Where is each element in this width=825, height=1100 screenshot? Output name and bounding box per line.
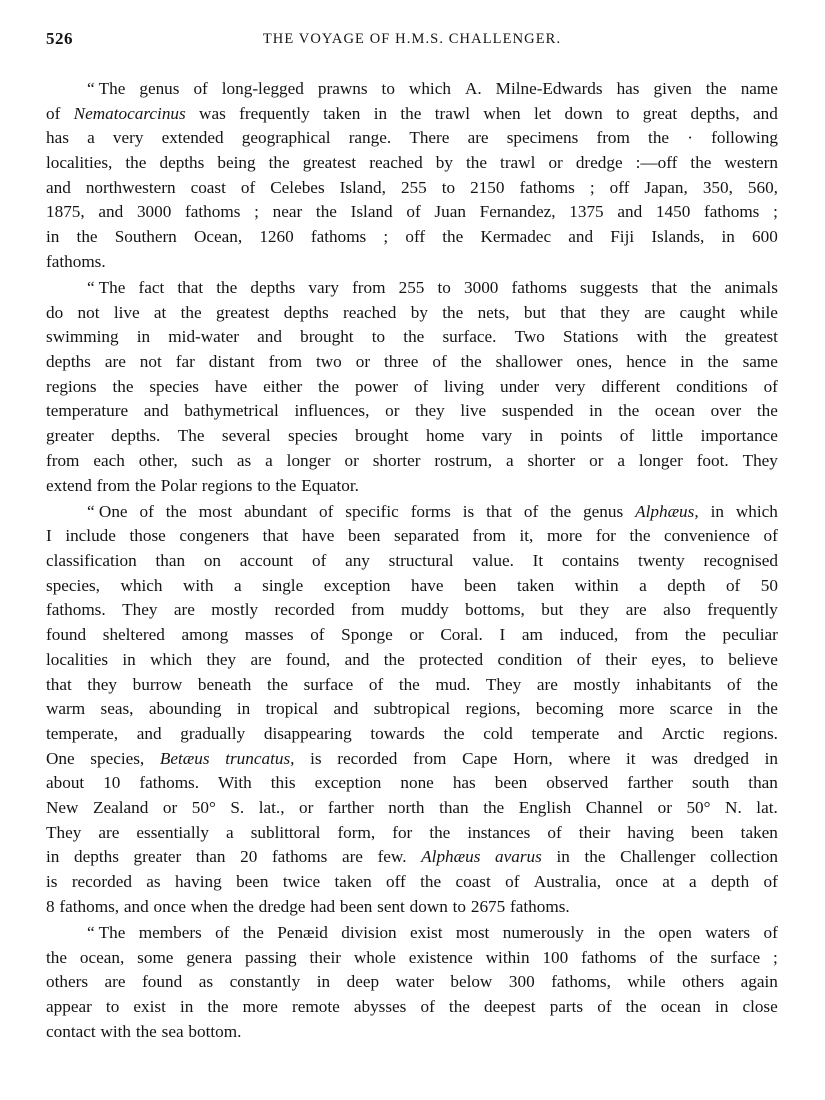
word: very [555, 375, 586, 400]
word: greater [134, 845, 182, 870]
word: within [486, 946, 530, 971]
word: they [600, 301, 630, 326]
word: in [721, 225, 734, 250]
word: Equator. [301, 474, 359, 499]
word: Japan, [644, 176, 687, 201]
word: Two [515, 325, 545, 350]
word: more [619, 697, 654, 722]
word: in [317, 970, 330, 995]
word: to [372, 325, 385, 350]
word: the [207, 995, 228, 1020]
word: three [384, 350, 418, 375]
word: the [757, 673, 778, 698]
word: of [764, 870, 778, 895]
word: of [369, 673, 383, 698]
word: the [403, 325, 424, 350]
word: is [463, 500, 474, 525]
word: N. [725, 796, 742, 821]
word: none [400, 771, 433, 796]
text-line: greaterdepths.Theseveralspeciesbroughtho… [46, 424, 778, 449]
word: exist [410, 921, 442, 946]
word: swimming [46, 325, 119, 350]
word: in [237, 697, 250, 722]
word: members [139, 921, 202, 946]
word: the [442, 301, 463, 326]
word: of [597, 995, 611, 1020]
word: the [46, 946, 67, 971]
word: are [174, 598, 195, 623]
word: bathymetrical [184, 399, 279, 424]
word: Coral. [440, 623, 482, 648]
text-line: andnorthwesterncoastofCelebesIsland,255t… [46, 176, 778, 201]
word: points [560, 424, 602, 449]
word: found [142, 970, 182, 995]
word: Ocean, [194, 225, 242, 250]
word: the [275, 474, 296, 499]
word: ocean [661, 995, 701, 1020]
word: the [429, 821, 450, 846]
word: scarce [670, 697, 713, 722]
word: With [218, 771, 252, 796]
word: of [764, 375, 778, 400]
word: among [181, 623, 228, 648]
word: believe [728, 648, 778, 673]
word: depths. [111, 424, 160, 449]
word: the [125, 151, 146, 176]
word: again [741, 970, 778, 995]
word: fact [138, 276, 164, 301]
word: a [234, 574, 242, 599]
word: extended [162, 126, 224, 151]
word: off [610, 176, 630, 201]
word: tropical [266, 697, 319, 722]
word: and [137, 722, 162, 747]
word: the [629, 524, 650, 549]
word: live [114, 301, 140, 326]
word: where [568, 747, 610, 772]
word: dredge [259, 895, 306, 920]
word: at [662, 870, 674, 895]
word: do [46, 301, 63, 326]
word: Cape [462, 747, 497, 772]
word: depths, [691, 102, 740, 127]
word: trawl [435, 102, 470, 127]
word: water [396, 970, 434, 995]
word: temperature [46, 399, 128, 424]
word: under [500, 375, 539, 400]
word: in [589, 399, 602, 424]
word: depths [250, 276, 295, 301]
word: burrow [133, 673, 183, 698]
text-line: species,whichwithasingleexceptionhavebee… [46, 574, 778, 599]
text-line: regionsthespecieshaveeitherthepowerofliv… [46, 375, 778, 400]
word: south [692, 771, 729, 796]
word: of [620, 424, 634, 449]
word: are [250, 648, 271, 673]
word: power [355, 375, 398, 400]
word: hence [626, 350, 666, 375]
word: farther [328, 796, 374, 821]
word: that [651, 276, 677, 301]
word: while [627, 970, 665, 995]
word: existence [409, 946, 473, 971]
word: remote [292, 995, 340, 1020]
word: abundant [244, 500, 307, 525]
word: ; [773, 200, 778, 225]
text-line: localities,thedepthsbeingthegreatestreac… [46, 151, 778, 176]
word: of [505, 870, 519, 895]
word: suggests [580, 276, 638, 301]
word: little [652, 424, 684, 449]
paragraph: “ Thegenusoflong-leggedprawnstowhichA.Mi… [46, 77, 778, 275]
word: fathoms [272, 845, 327, 870]
word: Arctic [661, 722, 704, 747]
word: They [486, 673, 521, 698]
word: shallower [496, 350, 563, 375]
word: a [87, 126, 95, 151]
word: which [150, 648, 192, 673]
word: observed [546, 771, 608, 796]
word: 50° [192, 796, 216, 821]
word: of [649, 946, 663, 971]
word: fathoms [704, 200, 759, 225]
text-line: donotliveatthegreatestdepthsreachedbythe… [46, 301, 778, 326]
word: of [414, 375, 428, 400]
word: of [764, 524, 778, 549]
word: cold [483, 722, 513, 747]
word: influences, [294, 399, 369, 424]
word: been [236, 870, 268, 895]
word: they [580, 598, 610, 623]
word: or [548, 151, 562, 176]
word: is [46, 870, 57, 895]
word: sheltered [103, 623, 165, 648]
word: that [177, 276, 203, 301]
word: species, [90, 747, 144, 772]
word: such [192, 449, 224, 474]
word: the [135, 474, 156, 499]
word: the [136, 1020, 157, 1045]
word: the [618, 399, 639, 424]
word: I [46, 524, 52, 549]
word: conditions [676, 375, 748, 400]
word: 20 [240, 845, 257, 870]
word: value. [472, 549, 514, 574]
word: rostrum, [434, 449, 492, 474]
word: the [449, 995, 470, 1020]
word: warm [46, 697, 85, 722]
word: fathoms. [139, 771, 199, 796]
word: from [97, 474, 130, 499]
word: of [420, 995, 434, 1020]
word: fathoms. [510, 895, 570, 920]
word: numerously [503, 921, 584, 946]
text-line: swimminginmid-waterandbroughttothesurfac… [46, 325, 778, 350]
text-line: classificationthanonaccountofanystructur… [46, 549, 778, 574]
word: to [616, 102, 629, 127]
word: they [87, 673, 117, 698]
word: 2150 [470, 176, 504, 201]
word: geographical [242, 126, 331, 151]
word: 50 [761, 574, 778, 599]
word: long-legged [222, 77, 304, 102]
word: the [420, 870, 441, 895]
word: from [46, 449, 79, 474]
word: A. [465, 77, 482, 102]
word: animals [724, 276, 777, 301]
word: being [217, 151, 255, 176]
text-line: contactwiththeseabottom. [46, 1020, 778, 1045]
word: more [547, 524, 582, 549]
text-line: warmseas,aboundingintropicalandsubtropic… [46, 697, 778, 722]
word: the [584, 845, 605, 870]
word: from [596, 126, 629, 151]
word: exist [133, 995, 165, 1020]
word: the [243, 921, 264, 946]
word: mud. [435, 673, 470, 698]
word: bottom. [188, 1020, 241, 1045]
word: They [122, 598, 157, 623]
word: classification [46, 549, 137, 574]
text-line: thattheyburrowbeneaththesurfaceofthemud.… [46, 673, 778, 698]
word: a [617, 449, 625, 474]
word: and [257, 325, 282, 350]
word: parts [550, 995, 583, 1020]
word: in [137, 325, 150, 350]
word: 8 [46, 895, 55, 920]
word: sea [162, 1020, 184, 1045]
word: same [743, 350, 778, 375]
word: either [263, 375, 302, 400]
word: in [711, 500, 724, 525]
word: Channel [586, 796, 643, 821]
word: Fiji [610, 225, 634, 250]
word: Island, [340, 176, 386, 201]
word: vary [482, 424, 513, 449]
word: longer [287, 449, 331, 474]
word: 100 [542, 946, 568, 971]
word: Zealand [93, 796, 148, 821]
italic-term: Betæus [160, 747, 210, 772]
word: vary [308, 276, 339, 301]
word: ; [590, 176, 595, 201]
word: when [483, 102, 520, 127]
text-line: Theyareessentiallyasublittoralform,forth… [46, 821, 778, 846]
word: contact [46, 1020, 96, 1045]
word: of [577, 648, 591, 673]
word: than [439, 796, 469, 821]
text-line: fromeachother,suchasalongerorshorterrost… [46, 449, 778, 474]
text-line: theocean,somegenerapassingtheirwholeexis… [46, 946, 778, 971]
word: to [106, 995, 119, 1020]
word: in [680, 350, 693, 375]
text-line: “ ThemembersofthePenæiddivisionexistmost… [46, 921, 778, 946]
word: a [689, 870, 697, 895]
word: of [406, 200, 420, 225]
word: contains [562, 549, 619, 574]
word: and [46, 176, 71, 201]
word: of [46, 102, 60, 127]
word: whole [354, 946, 396, 971]
word: and [617, 200, 642, 225]
word: abysses [354, 995, 407, 1020]
word: of [524, 500, 538, 525]
word: “ One [87, 500, 128, 525]
word: nets, [478, 301, 510, 326]
word: recorded [275, 598, 335, 623]
word: have [411, 574, 443, 599]
word: open [658, 921, 691, 946]
word: reached [343, 301, 396, 326]
word: in [122, 648, 135, 673]
text-line: extendfromthePolarregionstotheEquator. [46, 474, 778, 499]
word: 50° [686, 796, 710, 821]
word: 350, [703, 176, 733, 201]
word: coast [455, 870, 490, 895]
word: Southern [115, 225, 177, 250]
word: of [726, 574, 740, 599]
paragraph: “ Thefactthatthedepthsvaryfrom255to3000f… [46, 276, 778, 498]
word: or [385, 399, 399, 424]
word: in [556, 845, 569, 870]
word: the [269, 151, 290, 176]
word: to [257, 474, 270, 499]
word: becoming [536, 697, 604, 722]
word: 1450 [656, 200, 690, 225]
word: They [743, 449, 778, 474]
word: structural [389, 549, 454, 574]
word: towards [370, 722, 424, 747]
word: · [687, 126, 693, 151]
word: also [663, 598, 691, 623]
word: as [199, 970, 213, 995]
word: condition [497, 648, 562, 673]
word: 1375 [569, 200, 603, 225]
word: was [651, 747, 678, 772]
word: surface. [442, 325, 496, 350]
text-line: “ Thefactthatthedepthsvaryfrom255to3000f… [46, 276, 778, 301]
word: am [522, 623, 543, 648]
word: 255 [401, 176, 427, 201]
word: brought [300, 325, 353, 350]
word: are [98, 821, 119, 846]
word: having [627, 821, 674, 846]
word: others [46, 970, 88, 995]
word: the [685, 623, 706, 648]
word: others [682, 970, 724, 995]
word: forms [411, 500, 451, 525]
word: most [199, 500, 232, 525]
word: regions. [723, 722, 778, 747]
word: Milne-Edwards [496, 77, 603, 102]
word: the [690, 151, 711, 176]
word: the [233, 895, 254, 920]
word: English [519, 796, 572, 821]
text-line: fathoms.Theyaremostlyrecordedfrommuddybo… [46, 598, 778, 623]
word: specimens [507, 126, 579, 151]
word: deepest [484, 995, 536, 1020]
page-body: “ Thegenusoflong-leggedprawnstowhichA.Mi… [46, 77, 778, 1044]
word: the [400, 102, 421, 127]
word: that [46, 673, 72, 698]
word: far [176, 350, 195, 375]
word: for [392, 821, 412, 846]
word: from [269, 350, 302, 375]
word: separated [394, 524, 459, 549]
word: fathoms. [46, 598, 106, 623]
italic-term: truncatus, [225, 747, 294, 772]
text-line: Onespecies,Betæustruncatus,isrecordedfro… [46, 747, 778, 772]
word: has [453, 771, 476, 796]
text-line: 8fathoms,andoncewhenthedredgehadbeensent… [46, 895, 778, 920]
word: name [741, 77, 778, 102]
word: given [654, 77, 692, 102]
word: One [46, 747, 75, 772]
word: while [740, 301, 778, 326]
word: Fernandez, [480, 200, 556, 225]
word: 1875, [46, 200, 85, 225]
word: but [524, 301, 546, 326]
text-line: fathoms. [46, 250, 778, 275]
word: Horn, [513, 747, 553, 772]
word: greatest [303, 151, 356, 176]
word: specific [345, 500, 398, 525]
word: Challenger [620, 845, 695, 870]
word: of [241, 176, 255, 201]
word: on [204, 549, 221, 574]
word: having [175, 870, 222, 895]
word: but [541, 598, 563, 623]
word: and [98, 200, 123, 225]
word: ; [254, 200, 259, 225]
word: taken [323, 102, 360, 127]
word: of [215, 921, 229, 946]
word: the [318, 375, 339, 400]
word: the [442, 225, 463, 250]
paragraph: “ ThemembersofthePenæiddivisionexistmost… [46, 921, 778, 1044]
word: to [382, 77, 395, 102]
word: are [105, 350, 126, 375]
word: and [124, 895, 149, 920]
italic-term: avarus [495, 845, 542, 870]
word: passing [245, 946, 297, 971]
word: and [753, 102, 778, 127]
text-line: about10fathoms.Withthisexceptionnonehasb… [46, 771, 778, 796]
word: sent [377, 895, 405, 920]
word: species [288, 424, 338, 449]
word: in [530, 424, 543, 449]
word: a [639, 574, 647, 599]
word: abounding [149, 697, 222, 722]
word: I [499, 623, 505, 648]
word: “ The [87, 77, 125, 102]
word: reached [369, 151, 422, 176]
word: induced, [559, 623, 618, 648]
word: are [342, 845, 363, 870]
word: is [310, 747, 321, 772]
word: twice [283, 870, 320, 895]
word: disappearing [264, 722, 352, 747]
word: of [312, 549, 326, 574]
word: any [345, 549, 370, 574]
word: Celebes [270, 176, 324, 201]
word: in [728, 697, 741, 722]
word: a [265, 449, 273, 474]
word: of [727, 673, 741, 698]
word: beneath [198, 673, 251, 698]
word: as [237, 449, 251, 474]
text-line: 1875,and3000fathoms;neartheIslandofJuanF… [46, 200, 778, 225]
